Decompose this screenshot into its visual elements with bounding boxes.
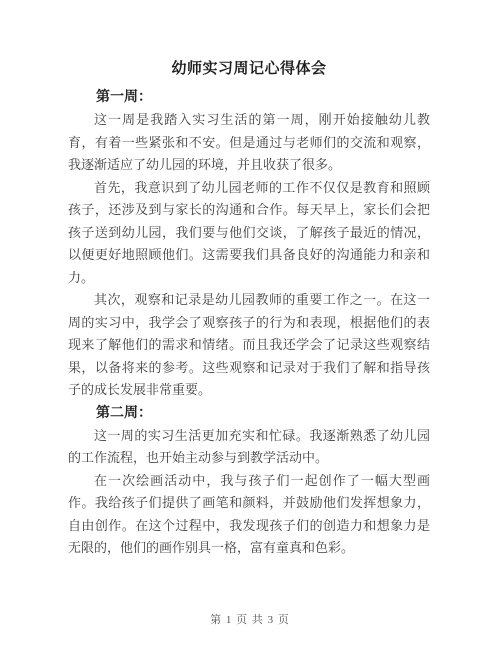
paragraph: 在一次绘画活动中，我与孩子们一起创作了一幅大型画作。我给孩子们提供了画笔和颜料，… bbox=[68, 470, 430, 560]
paragraph: 其次，观察和记录是幼儿园教师的重要工作之一。在这一周的实习中，我学会了观察孩子的… bbox=[68, 289, 430, 402]
page-number: 第 1 页 共 3 页 bbox=[0, 611, 500, 627]
section-heading-week2: 第二周： bbox=[68, 402, 430, 425]
paragraph: 这一周的实习生活更加充实和忙碌。我逐渐熟悉了幼儿园的工作流程，也开始主动参与到教… bbox=[68, 425, 430, 470]
section-heading-week1: 第一周： bbox=[68, 86, 430, 109]
document-title: 幼师实习周记心得体会 bbox=[68, 56, 430, 82]
document-page: 幼师实习周记心得体会 第一周： 这一周是我踏入实习生活的第一周，刚开始接触幼儿教… bbox=[0, 0, 500, 647]
paragraph: 这一周是我踏入实习生活的第一周，刚开始接触幼儿教育，有着一些紧张和不安。但是通过… bbox=[68, 109, 430, 177]
paragraph: 首先，我意识到了幼儿园老师的工作不仅仅是教育和照顾孩子，还涉及到与家长的沟通和合… bbox=[68, 177, 430, 290]
